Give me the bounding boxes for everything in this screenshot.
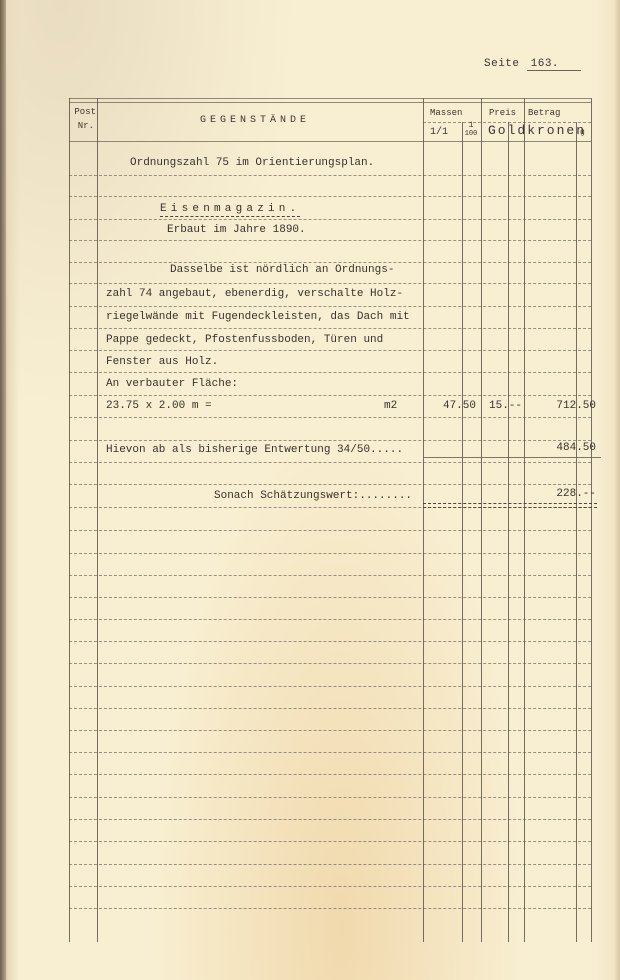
row-description-5: Fenster aus Holz. xyxy=(106,356,218,368)
header-bottom-border xyxy=(69,141,591,142)
row-rule xyxy=(69,462,591,463)
row-rule xyxy=(69,219,591,220)
page-number-label: Seite xyxy=(484,58,520,70)
subtract-rule xyxy=(423,457,601,458)
col-border-left xyxy=(69,98,70,942)
row-rule xyxy=(69,372,591,373)
row-location: Ordnungszahl 75 im Orientierungsplan. xyxy=(130,157,374,169)
row-rule xyxy=(69,196,591,197)
header-massen-fraction: 1 100 xyxy=(462,122,480,138)
row-rule xyxy=(69,730,591,731)
row-description-1: Dasselbe ist nördlich an Ordnungs- xyxy=(170,264,394,276)
row-rule xyxy=(69,886,591,887)
header-nr: Nr. xyxy=(72,121,94,131)
header-currency: Goldkronen xyxy=(488,123,586,138)
row-rule xyxy=(69,306,591,307)
table-top-border xyxy=(69,98,591,99)
page-edge xyxy=(614,0,620,980)
header-currency-suffix: g xyxy=(580,128,585,137)
row-estimated-value: Sonach Schätzungswert:........ xyxy=(214,490,412,502)
row-rule xyxy=(69,575,591,576)
page-number: Seite 163. xyxy=(484,58,581,71)
row-rule xyxy=(69,417,591,418)
row-rule xyxy=(69,262,591,263)
row-rule xyxy=(69,240,591,241)
header-massen-whole: 1/1 xyxy=(430,127,448,138)
header-post: Post xyxy=(72,107,96,117)
col-divider-post xyxy=(97,98,98,942)
row-rule xyxy=(69,175,591,176)
page-number-value: 163. xyxy=(527,58,581,71)
book-spine xyxy=(0,0,6,980)
row-area-calc: 23.75 x 2.00 m = xyxy=(106,400,212,412)
col-divider-preis-sub xyxy=(508,122,509,942)
row-rule xyxy=(69,597,591,598)
row-rule xyxy=(69,440,591,441)
row-depreciation-betrag: 484.50 xyxy=(530,442,596,454)
row-area-betrag: 712.50 xyxy=(530,400,596,412)
row-built-year: Erbaut im Jahre 1890. xyxy=(167,224,306,236)
row-rule xyxy=(69,530,591,531)
row-rule xyxy=(69,908,591,909)
row-rule xyxy=(69,819,591,820)
row-rule xyxy=(69,553,591,554)
row-rule xyxy=(69,484,591,485)
ledger-page: Seite 163. Post Nr. GEGENSTÄNDE Massen P… xyxy=(0,0,620,980)
fraction-denominator: 100 xyxy=(462,130,480,138)
header-betrag: Betrag xyxy=(528,108,560,118)
row-rule xyxy=(69,708,591,709)
row-rule xyxy=(69,752,591,753)
col-divider-betrag xyxy=(524,98,525,942)
total-double-rule xyxy=(423,503,597,508)
row-rule xyxy=(69,619,591,620)
col-divider-massen-sub xyxy=(462,122,463,942)
row-area-preis: 15.-- xyxy=(489,400,522,412)
row-rule xyxy=(69,686,591,687)
row-rule xyxy=(69,797,591,798)
row-rule xyxy=(69,774,591,775)
fraction-numerator: 1 xyxy=(462,122,480,130)
row-description-3: riegelwände mit Fugendeckleisten, das Da… xyxy=(106,311,410,323)
col-divider-preis xyxy=(481,98,482,942)
col-border-right xyxy=(591,98,592,942)
header-massen: Massen xyxy=(430,108,462,118)
row-rule xyxy=(69,283,591,284)
row-title: Eisenmagazin. xyxy=(160,203,300,217)
row-estimated-value-betrag: 228.-- xyxy=(530,488,596,500)
row-depreciation: Hievon ab als bisherige Entwertung 34/50… xyxy=(106,444,403,456)
header-gegenstaende: GEGENSTÄNDE xyxy=(200,115,310,126)
header-preis: Preis xyxy=(489,108,516,118)
col-divider-betrag-sub xyxy=(576,122,577,942)
row-area-unit: m2 xyxy=(384,400,397,412)
row-area-label: An verbauter Fläche: xyxy=(106,378,238,390)
table-top-border-2 xyxy=(69,102,591,103)
row-rule xyxy=(69,328,591,329)
row-rule xyxy=(69,864,591,865)
row-rule xyxy=(69,395,591,396)
row-rule xyxy=(69,663,591,664)
row-description-4: Pappe gedeckt, Pfostenfussboden, Türen u… xyxy=(106,334,383,346)
row-description-2: zahl 74 angebaut, ebenerdig, verschalte … xyxy=(106,288,403,300)
row-area-massen: 47.50 xyxy=(430,400,476,412)
row-rule xyxy=(69,350,591,351)
row-rule xyxy=(69,841,591,842)
row-rule xyxy=(69,641,591,642)
col-divider-massen xyxy=(423,98,424,942)
